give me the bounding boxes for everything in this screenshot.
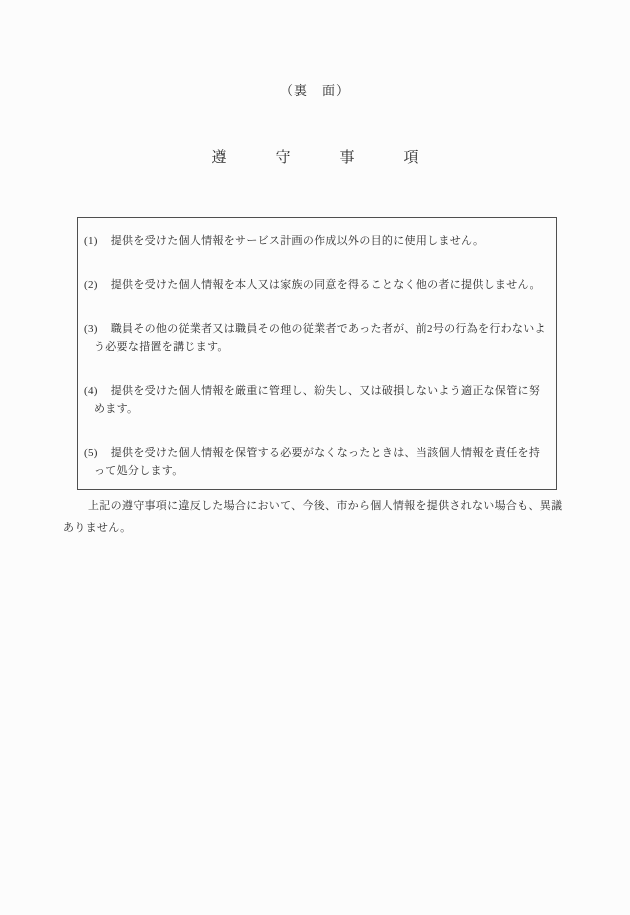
- rule-text: 提供を受けた個人情報を本人又は家族の同意を得ることなく他の者に提供しません。: [111, 279, 541, 291]
- rule-text: 提供を受けた個人情報をサービス計画の作成以外の目的に使用しません。: [111, 235, 485, 247]
- rule-number: (4): [84, 385, 98, 397]
- compliance-rules-box: (1)提供を受けた個人情報をサービス計画の作成以外の目的に使用しません。 (2)…: [77, 217, 557, 490]
- rule-item-4: (4)提供を受けた個人情報を厳重に管理し、紛失し、又は破損しないよう適正な保管に…: [84, 382, 546, 418]
- rule-number: (2): [84, 279, 98, 291]
- closing-statement: 上記の遵守事項に違反した場合において、今後、市から個人情報を提供されない場合も、…: [63, 495, 568, 539]
- rule-text: 提供を受けた個人情報を厳重に管理し、紛失し、又は破損しないよう適正な保管に努めま…: [94, 385, 540, 415]
- rule-number: (1): [84, 235, 98, 247]
- rule-number: (3): [84, 323, 98, 335]
- rule-number: (5): [84, 447, 98, 459]
- page-title: 遵守事項: [0, 150, 630, 166]
- rule-item-1: (1)提供を受けた個人情報をサービス計画の作成以外の目的に使用しません。: [84, 232, 546, 250]
- rule-text: 職員その他の従業者又は職員その他の従業者であった者が、前2号の行為を行わないよう…: [94, 323, 546, 353]
- rule-item-2: (2)提供を受けた個人情報を本人又は家族の同意を得ることなく他の者に提供しません…: [84, 276, 546, 294]
- rule-item-5: (5)提供を受けた個人情報を保管する必要がなくなったときは、当該個人情報を責任を…: [84, 444, 546, 480]
- rule-item-3: (3)職員その他の従業者又は職員その他の従業者であった者が、前2号の行為を行わな…: [84, 320, 546, 356]
- back-side-label: （裏 面）: [0, 0, 630, 98]
- rule-text: 提供を受けた個人情報を保管する必要がなくなったときは、当該個人情報を責任を持って…: [94, 447, 540, 477]
- document-page: （裏 面） 遵守事項 (1)提供を受けた個人情報をサービス計画の作成以外の目的に…: [0, 0, 630, 915]
